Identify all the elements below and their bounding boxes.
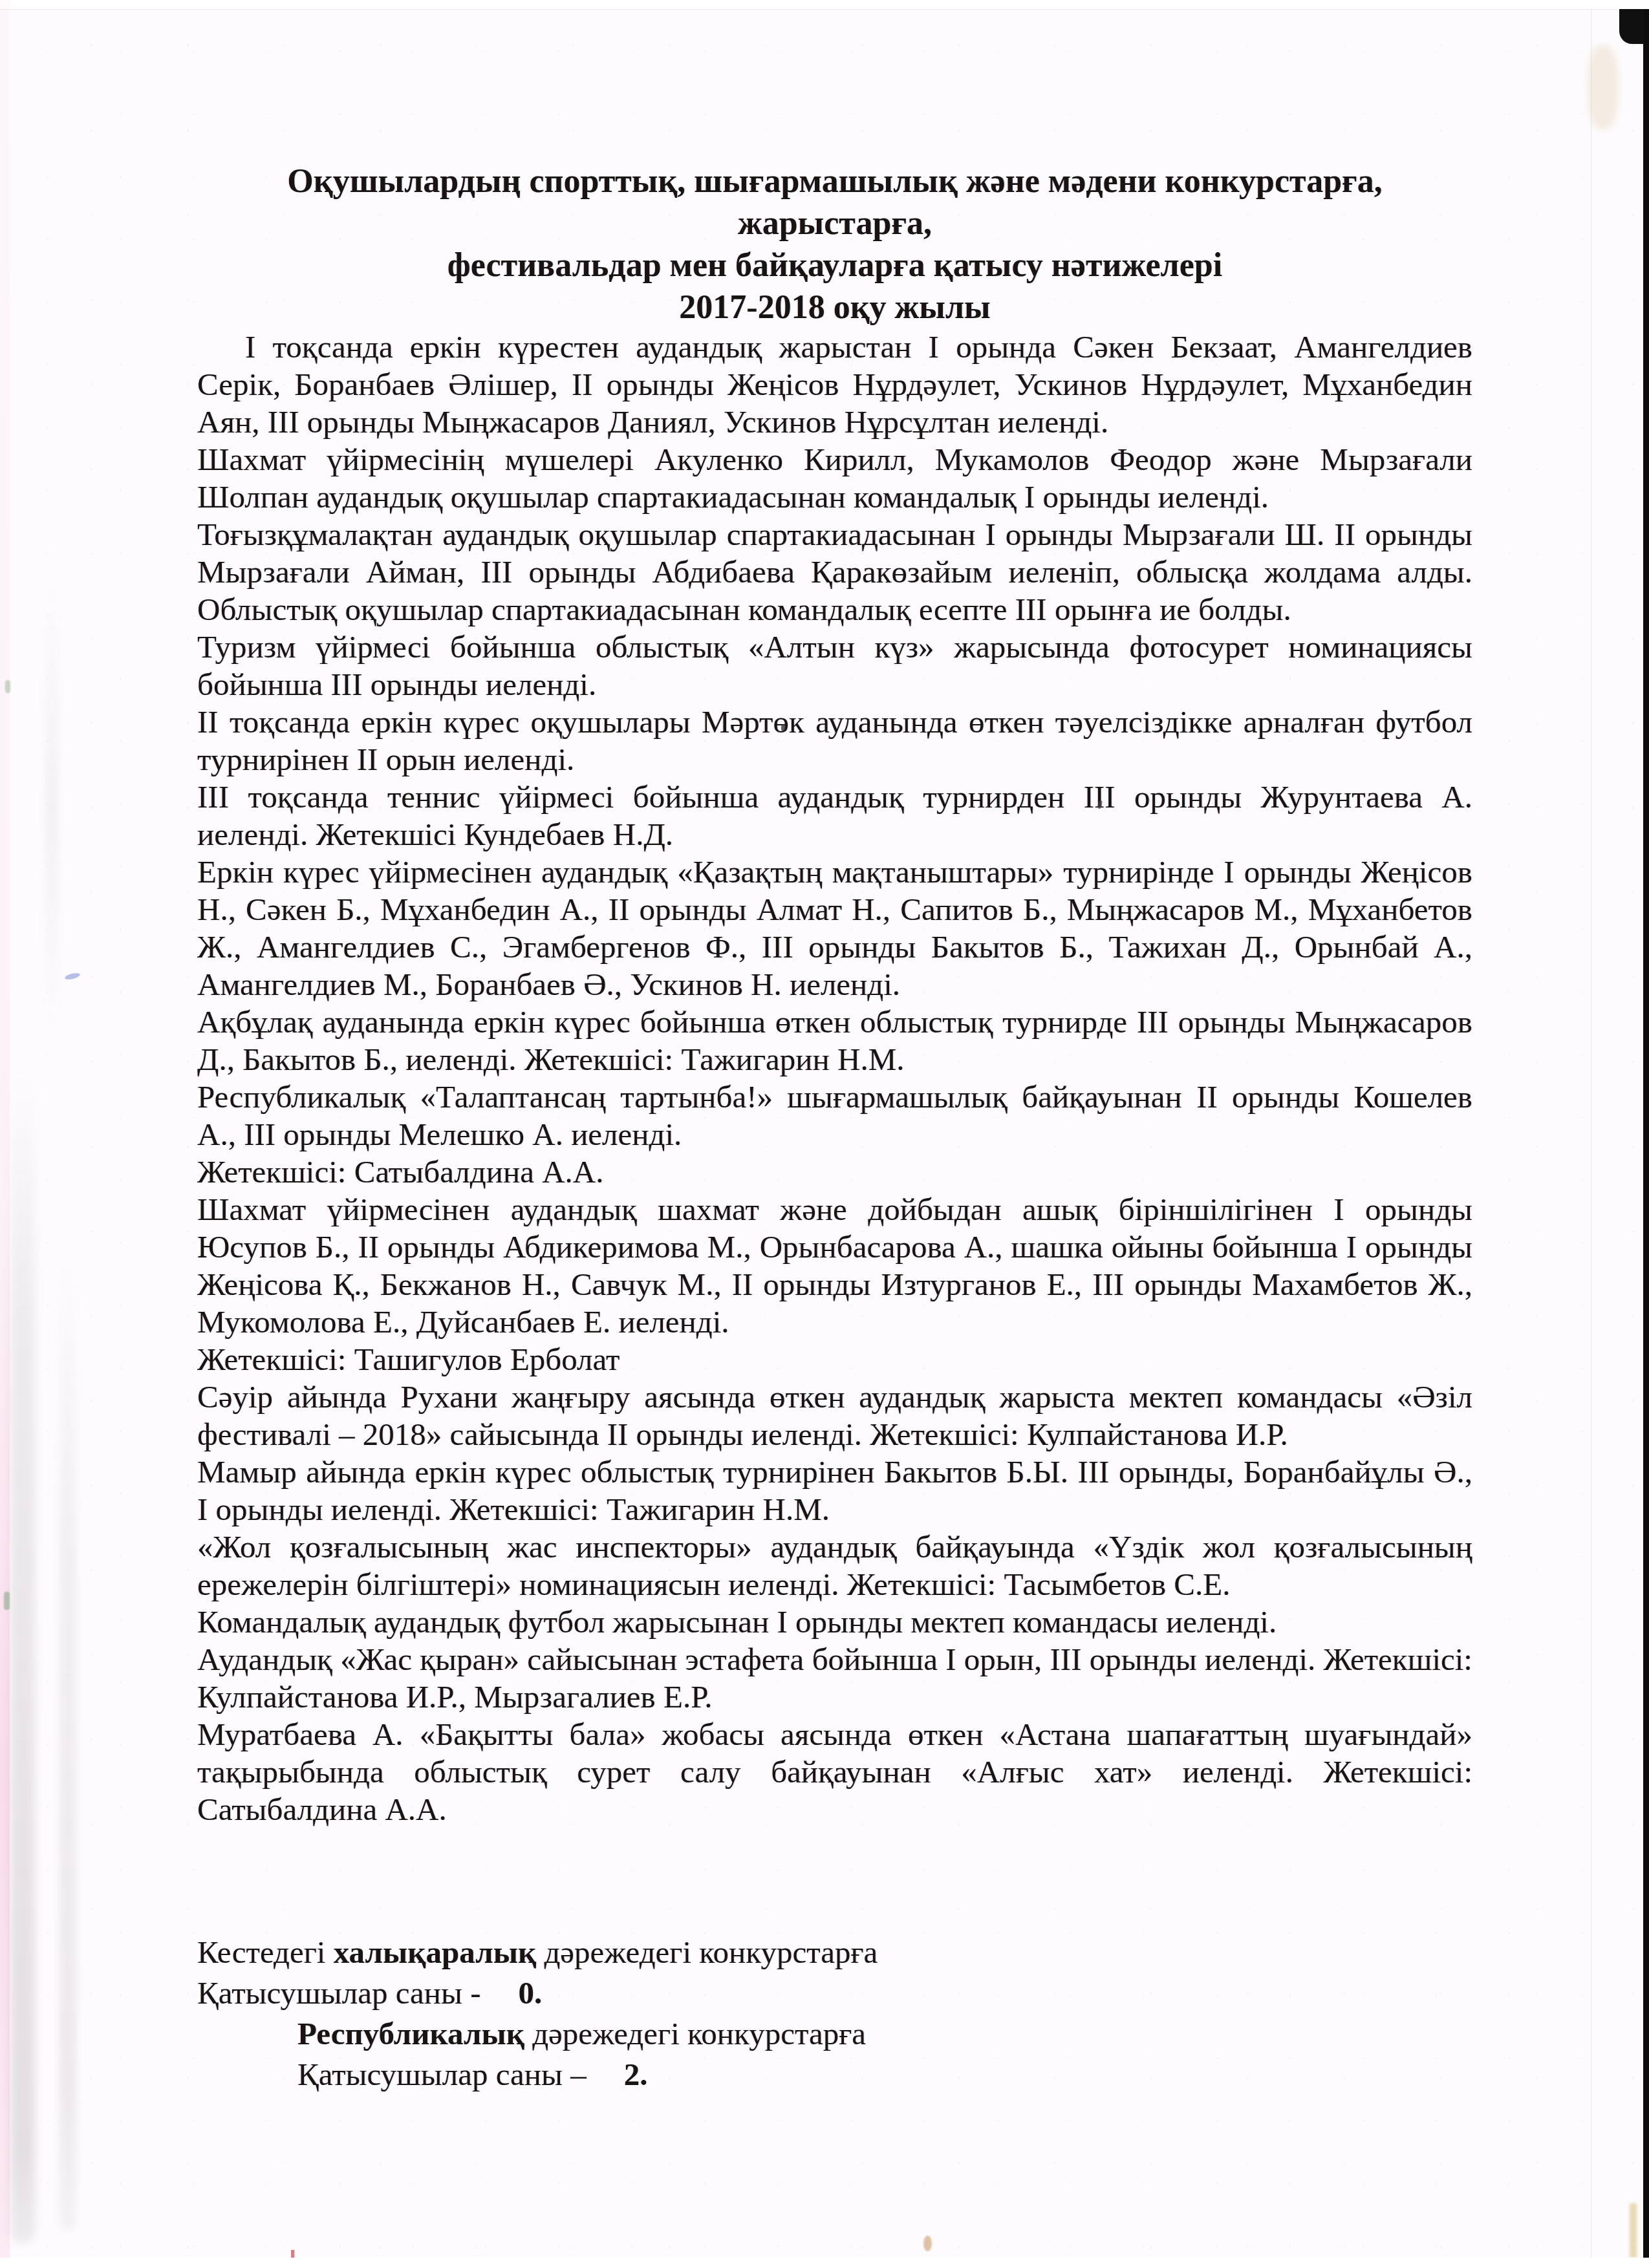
body-paragraph: Республикалық «Талаптансаң тартынба!» шы… (197, 1078, 1472, 1153)
summary-section: Кестедегі халықаралық дәрежедегі конкурс… (197, 1932, 1472, 2095)
body-paragraph: Шахмат үйірмесінің мүшелері Акуленко Кир… (197, 441, 1472, 516)
document-title-line1: Оқушылардың спорттық, шығармашылық және … (287, 163, 1382, 242)
scan-artifact-tone-line (1591, 9, 1592, 2258)
summary-line-republican: Республикалық дәрежедегі конкурстарға (197, 2013, 1472, 2054)
scan-artifact-smudge (1588, 45, 1619, 129)
body-paragraph: Муратбаева А. «Бақытты бала» жобасы аясы… (197, 1716, 1472, 1828)
document-content: Оқушылардың спорттық, шығармашылық және … (197, 0, 1472, 2095)
body-paragraph: Жетекшісі: Сатыбалдина А.А. (197, 1153, 1472, 1191)
body-paragraph: Тоғызқұмалақтан аудандық оқушылар спарта… (197, 516, 1472, 628)
scan-artifact-smudge (10, 1073, 35, 2243)
scan-artifact-speck (923, 2236, 932, 2251)
scan-artifact-speck (4, 1592, 10, 1610)
scan-artifact-left-pink-strip (0, 0, 10, 2268)
body-paragraph: Еркін күрес үйірмесінен аудандық «Қазақт… (197, 853, 1472, 1003)
body-paragraph: Шахмат үйірмесінен аудандық шахмат және … (197, 1191, 1472, 1341)
summary-line-republican-count: Қатысушылар саны –2. (197, 2054, 1472, 2095)
body-paragraph: ІІІ тоқсанда теннис үйірмесі бойынша ауд… (197, 778, 1472, 853)
scan-artifact-bottom-strip (0, 2258, 1649, 2268)
body-paragraph: Сәуір айында Рухани жаңғыру аясында өтке… (197, 1378, 1472, 1453)
scan-artifact-smudge (59, 1261, 76, 2231)
scan-artifact-speck (64, 972, 80, 981)
document-title-line2: фестивальдар мен байқауларға қатысу нәти… (447, 247, 1222, 284)
body-paragraph: Командалық аудандық футбол жарысынан І о… (197, 1603, 1472, 1641)
body-paragraph: Жетекшісі: Ташигулов Ерболат (197, 1341, 1472, 1378)
summary-line-international: Кестедегі халықаралық дәрежедегі конкурс… (197, 1932, 1472, 1973)
summary-line-international-count: Қатысушылар саны -0. (197, 1973, 1472, 2013)
scan-artifact-streak (1630, 2203, 1637, 2258)
document-body: І тоқсанда еркін күрестен аудандық жарыс… (197, 328, 1472, 1828)
body-paragraph: Ақбұлақ ауданында еркін күрес бойынша өт… (197, 1003, 1472, 1078)
scan-artifact-speck (5, 680, 10, 693)
body-paragraph: «Жол қозғалысының жас инспекторы» ауданд… (197, 1528, 1472, 1603)
body-paragraph: Туризм үйірмесі бойынша облыстық «Алтын … (197, 628, 1472, 703)
body-paragraph: І тоқсанда еркін күрестен аудандық жарыс… (197, 328, 1472, 441)
scan-artifact-smudge (45, 582, 58, 1034)
school-year: 2017-2018 оқу жылы (197, 286, 1472, 328)
scan-artifact-right-edge (1643, 9, 1649, 2259)
body-paragraph: Аудандық «Жас қыран» сайысынан эстафета … (197, 1641, 1472, 1716)
document-title: Оқушылардың спорттық, шығармашылық және … (197, 160, 1472, 286)
scan-artifact-speck (291, 2250, 294, 2260)
scanned-document-page: Оқушылардың спорттық, шығармашылық және … (0, 0, 1649, 2268)
scan-artifact-top-right-corner (1619, 9, 1644, 44)
body-paragraph: ІІ тоқсанда еркін күрес оқушылары Мәртөк… (197, 703, 1472, 778)
body-paragraph: Мамыр айында еркін күрес облыстық турнир… (197, 1453, 1472, 1528)
